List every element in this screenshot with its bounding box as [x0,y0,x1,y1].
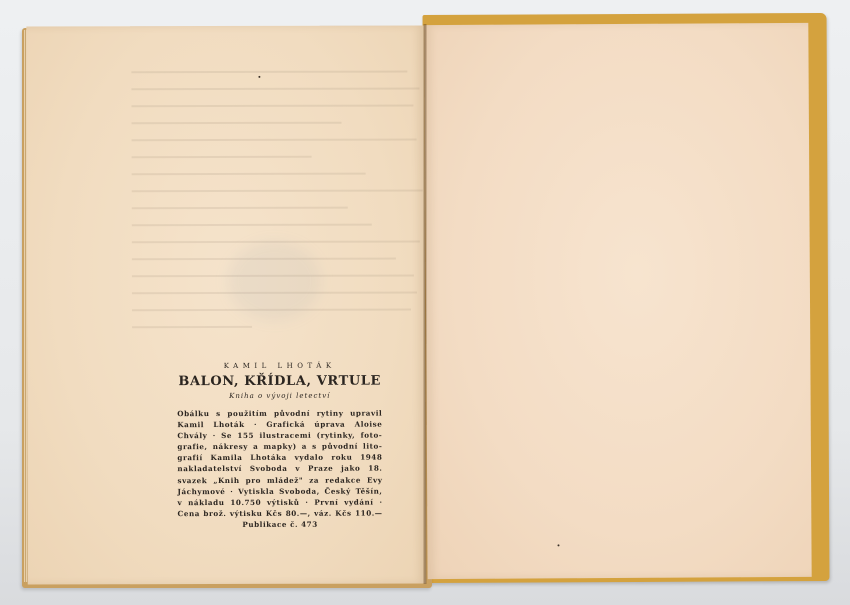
colophon-line: Cena brož. výtisku Kčs 80.—, váz. Kčs 11… [178,507,383,519]
left-page: KAMIL LHOTÁK BALON, KŘÍDLA, VRTULE Kniha… [26,25,425,584]
colophon-line: Chvály · Se 155 ilustracemi (rytinky, fo… [177,430,382,442]
colophon-line: grafie, nákresy a mapky) a s původní lit… [177,441,382,453]
author-name: KAMIL LHOTÁK [177,362,382,371]
colophon-line: Kamil Lhoták · Grafická úprava Aloise [177,419,382,431]
colophon-line: Jáchymové · Vytiskla Svoboda, Český Těší… [177,485,382,497]
colophon-line: v nákladu 10.750 výtisků · První vydání … [178,496,383,508]
paper-stain [227,241,322,321]
colophon-line: grafií Kamila Lhotáka vydalo roku 1948 [177,452,382,464]
book-title: BALON, KŘÍDLA, VRTULE [177,374,382,390]
paper-speck [258,76,260,78]
paper-speck [557,544,559,546]
colophon-line: svazek „Knih pro mládež" za redakce Evy [177,474,382,486]
book-gutter-spine [423,24,427,584]
colophon-line: Obálku s použitím původní rytiny upravil [177,408,382,420]
book-subtitle: Kniha o vývoji letectví [177,392,382,401]
colophon-line: nakladatelství Svoboda v Praze jako 18. [177,463,382,475]
publication-number: Publikace č. 473 [178,519,383,531]
right-page-blank [424,23,811,579]
colophon: KAMIL LHOTÁK BALON, KŘÍDLA, VRTULE Kniha… [177,362,382,531]
